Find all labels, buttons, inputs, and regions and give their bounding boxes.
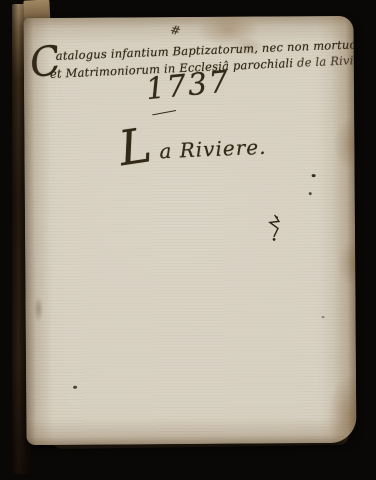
ink-speck — [309, 192, 312, 195]
initial-capital-l: L — [116, 121, 156, 173]
parish-title: L a Riviere. — [159, 135, 267, 163]
year-underline-flourish — [152, 110, 176, 115]
parish-title-text: a Riviere. — [159, 135, 267, 163]
year-1737: 1737 — [144, 64, 231, 107]
paper-smudge — [33, 296, 43, 322]
heading-line-2-faint-text: de la Rivière — [297, 52, 357, 69]
ink-speck — [322, 316, 325, 318]
page-number-mark: # — [169, 22, 182, 38]
manuscript-page: # C atalogus infantium Baptizatorum, nec… — [24, 16, 357, 445]
ink-speck — [312, 174, 316, 177]
ink-speck — [73, 386, 77, 389]
ink-scribble-mark — [263, 212, 287, 252]
photo-background: # C atalogus infantium Baptizatorum, nec… — [0, 0, 376, 480]
